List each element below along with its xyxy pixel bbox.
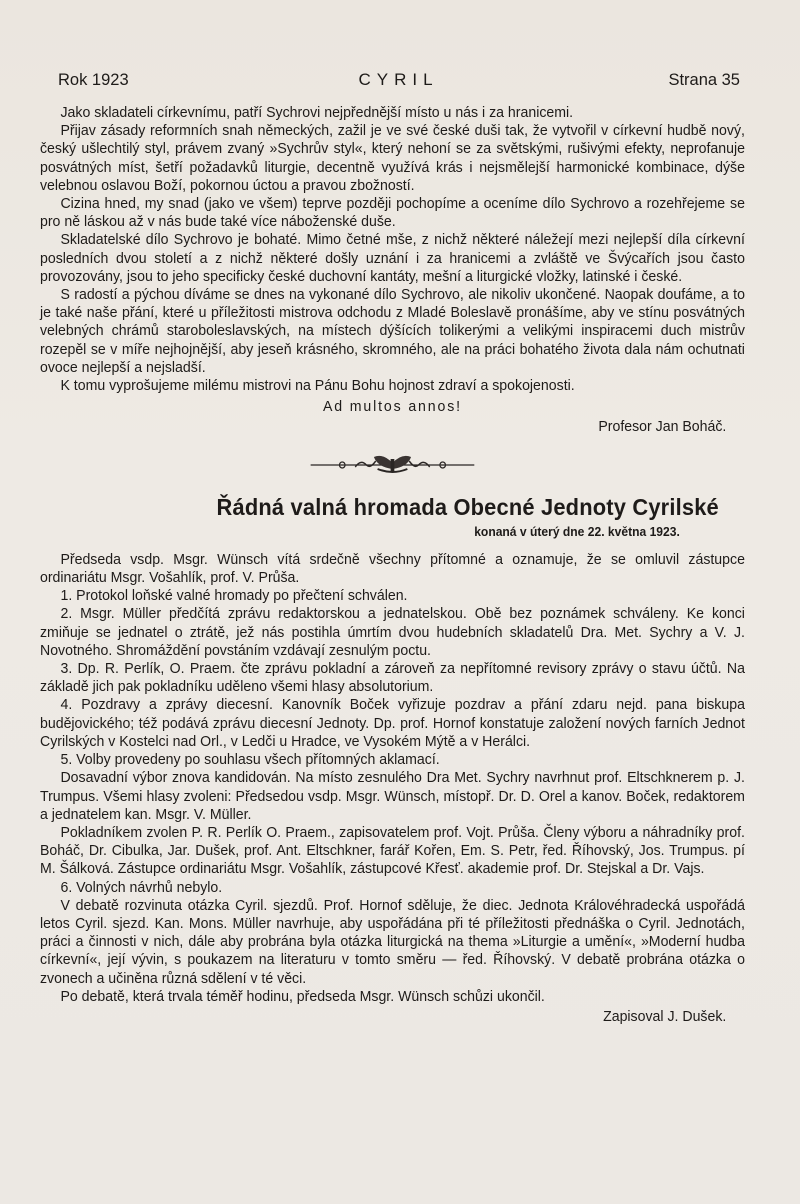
paragraph: K tomu vyprošujeme milému mistrovi na Pá…: [40, 377, 745, 395]
page: Rok 1923 CYRIL Strana 35 Jako skladateli…: [0, 0, 800, 1204]
paragraph: 2. Msgr. Müller předčítá zprávu redaktor…: [40, 605, 745, 660]
paragraph: 4. Pozdravy a zprávy diecesní. Kanovník …: [40, 696, 745, 751]
running-header: Rok 1923 CYRIL Strana 35: [58, 70, 740, 90]
paragraph: Pokladníkem zvolen P. R. Perlík O. Praem…: [40, 824, 745, 879]
paragraph: 5. Volby provedeny po souhlasu všech pří…: [40, 751, 745, 769]
paragraph: Cizina hned, my snad (jako ve všem) tepr…: [40, 195, 745, 231]
paragraph: Předseda vsdp. Msgr. Wünsch vítá srdečně…: [40, 551, 745, 587]
paragraph: S radostí a pýchou díváme se dnes na vyk…: [40, 286, 745, 377]
header-year: Rok 1923: [58, 71, 129, 90]
paragraph: Přijav zásady reformních snah německých,…: [40, 122, 745, 195]
closing-salutation: Ad multos annos!: [40, 398, 745, 416]
paragraph: 3. Dp. R. Perlík, O. Praem. čte zprávu p…: [40, 660, 745, 696]
article-subtitle: konaná v úterý dne 22. května 1923.: [40, 523, 745, 541]
paragraph: Jako skladateli církevnímu, patří Sychro…: [40, 104, 745, 122]
page-body: Jako skladateli církevnímu, patří Sychro…: [40, 104, 745, 1026]
header-journal-title: CYRIL: [359, 70, 439, 90]
author-signature: Profesor Jan Boháč.: [40, 418, 745, 436]
article-sychra-tribute: Jako skladateli církevnímu, patří Sychro…: [40, 104, 745, 437]
paragraph: V debatě rozvinuta otázka Cyril. sjezdů.…: [40, 897, 745, 988]
article-general-assembly: Řádná valná hromada Obecné Jednoty Cyril…: [40, 493, 745, 1026]
minutes-signature: Zapisoval J. Dušek.: [40, 1008, 745, 1026]
article-title: Řádná valná hromada Obecné Jednoty Cyril…: [40, 493, 745, 521]
paragraph: 6. Volných návrhů nebylo.: [40, 879, 745, 897]
header-page-number: Strana 35: [668, 71, 740, 90]
paragraph: Dosavadní výbor znova kandidován. Na mís…: [40, 769, 745, 824]
paragraph: Skladatelské dílo Sychrovo je bohaté. Mi…: [40, 231, 745, 286]
ornament-divider-icon: [40, 451, 745, 477]
paragraph: 1. Protokol loňské valné hromady po přeč…: [40, 587, 745, 605]
paragraph: Po debatě, která trvala téměř hodinu, př…: [40, 988, 745, 1006]
